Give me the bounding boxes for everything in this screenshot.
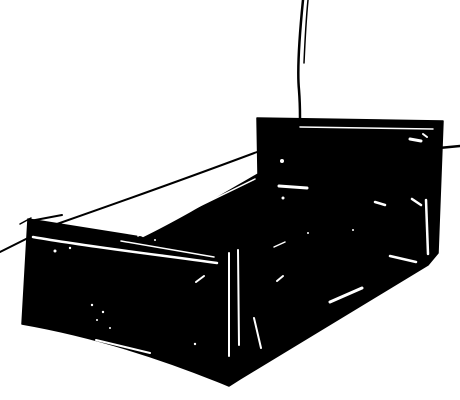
cord-line-second xyxy=(304,0,308,63)
sketch-image xyxy=(0,0,460,400)
bed-silhouette-layer xyxy=(22,118,443,386)
headboard-dash-right xyxy=(410,139,421,141)
headboard-dash-left xyxy=(279,186,307,188)
speck-highlight xyxy=(352,229,354,231)
speck-highlight xyxy=(109,327,111,329)
speck-highlight xyxy=(194,343,196,345)
speck-highlight xyxy=(280,159,284,163)
bed-sketch-drawing xyxy=(0,0,460,400)
bed-body-silhouette xyxy=(22,118,443,386)
footboard-rail-spur xyxy=(30,215,62,221)
speck-highlight xyxy=(154,239,156,241)
footboard-inner-strip-2 xyxy=(238,250,239,345)
speck-highlight xyxy=(91,304,93,306)
speck-highlight xyxy=(69,247,71,249)
speck-highlight xyxy=(96,319,98,321)
speck-highlight xyxy=(54,250,57,253)
cord-line-main xyxy=(298,0,303,118)
wall-line-left-near xyxy=(0,238,28,252)
speck-highlight xyxy=(307,232,309,234)
speck-highlight xyxy=(282,197,285,200)
speck-highlight xyxy=(102,311,104,313)
